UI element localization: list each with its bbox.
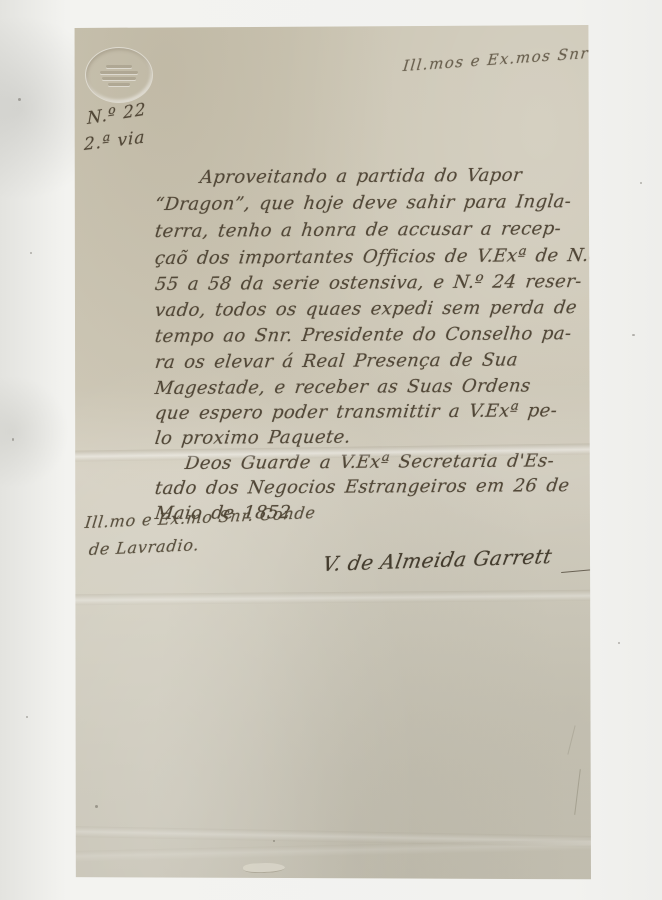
body-line: Deos Guarde a V.Exª Secretaria d'Es- [184, 450, 556, 474]
body-line: Magestade, e receber as Suas Ordens [154, 375, 532, 399]
stamp-text-line [100, 71, 138, 74]
stamp-text-line [106, 65, 132, 68]
addressee-line: de Lavradio. [88, 535, 201, 559]
body-line: tempo ao Snr. Presidente do Conselho pa- [154, 323, 573, 347]
fold-crease [69, 839, 595, 862]
copy-note: 2.ª via [84, 127, 146, 155]
body-line: “Dragon”, que hoje deve sahir para Ingla… [154, 191, 573, 215]
body-line: vado, todos os quaes expedi sem perda de [154, 297, 578, 321]
body-line: que espero poder transmittir a V.Exª pe- [154, 400, 559, 424]
body-line: terra, tenho a honra de accusar a recep- [154, 218, 563, 242]
signature: V. de Almeida Garrett [321, 544, 554, 576]
stamp-text-line [102, 77, 136, 80]
dust-speck [12, 438, 14, 441]
dust-speck [640, 182, 642, 184]
letter-page: N.º 22 2.ª via Ill.mos e Ex.mos Snrs. Ap… [73, 25, 591, 881]
embossed-seal-stamp [85, 47, 153, 103]
body-line: tado dos Negocios Estrangeiros em 26 de [154, 475, 571, 499]
body-line: Aproveitando a partida do Vapor [199, 165, 523, 188]
dust-speck [26, 716, 28, 718]
ink-speck [273, 840, 275, 842]
dust-speck [632, 334, 635, 336]
paper-damage-chip [243, 862, 285, 873]
fold-crease [69, 590, 595, 606]
signature-flourish [561, 568, 607, 573]
dust-speck [18, 98, 21, 101]
ink-speck [95, 805, 98, 808]
paper-crack [567, 725, 575, 754]
salutation-top-right: Ill.mos e Ex.mos Snrs. [402, 43, 606, 75]
body-line: lo proximo Paquete. [154, 427, 352, 449]
photo-of-document: { "photo": { "background_color": "#f2f2e… [0, 0, 662, 900]
reference-number: N.º 22 [87, 99, 147, 129]
dust-speck [618, 642, 620, 644]
addressee-line: Ill.mo e Ex.mo Snr. Conde [84, 503, 317, 532]
body-line: 55 a 58 da serie ostensiva, e N.º 24 res… [154, 271, 583, 295]
fold-crease [69, 826, 595, 847]
body-line: çaõ dos importantes Officios de V.Exª de… [154, 245, 611, 269]
stamp-text-line [108, 83, 130, 86]
dust-speck [30, 252, 32, 254]
body-line: ra os elevar á Real Presença de Sua [154, 349, 519, 373]
paper-crack [574, 769, 581, 815]
